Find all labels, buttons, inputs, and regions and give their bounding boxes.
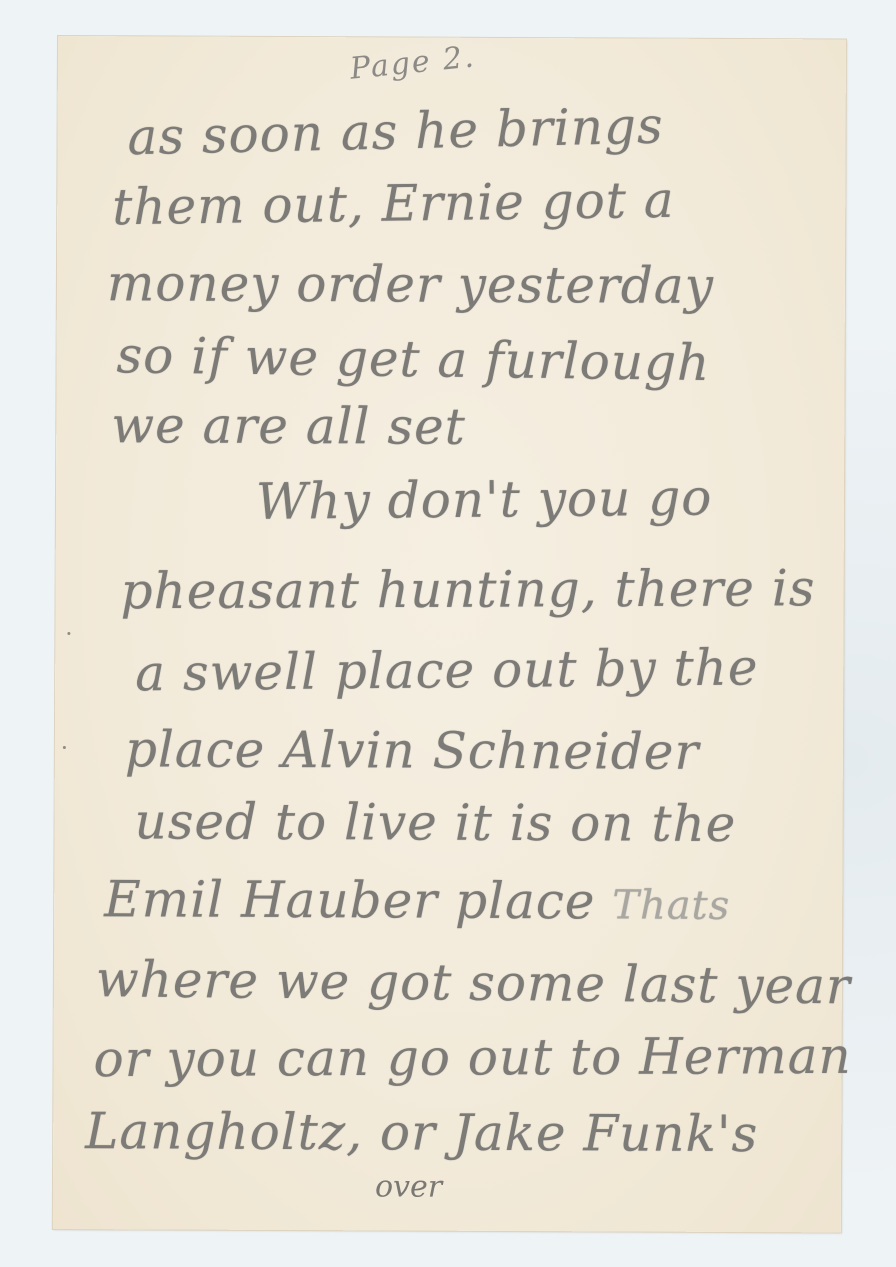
handwritten-line-10: used to live it is on the [134, 792, 736, 853]
handwritten-line-5: we are all set [111, 396, 466, 456]
handwritten-line-6: Why don't you go [256, 468, 713, 530]
handwritten-line-3: money order yesterday [107, 254, 714, 315]
page-number-label: Page 2. [348, 39, 477, 86]
handwritten-line-8: a swell place out by the [135, 638, 759, 702]
handwritten-line-9: place Alvin Schneider [125, 720, 700, 781]
handwritten-line-11: Emil Hauber place Thats [104, 870, 730, 931]
paper-speck [63, 746, 66, 749]
paper-speck [67, 632, 70, 635]
over-note: over [375, 1169, 442, 1204]
handwritten-line-14: Langholtz, or Jake Funk's [85, 1102, 758, 1163]
handwritten-line-13: or you can go out to Herman [93, 1027, 851, 1088]
letter-page: Page 2. as soon as he brings them out, E… [53, 36, 846, 1232]
handwritten-line-11-text: Emil Hauber place [104, 870, 595, 930]
handwritten-line-1: as soon as he brings [127, 97, 664, 167]
faint-inline-word: Thats [612, 882, 730, 929]
handwritten-line-2: them out, Ernie got a [112, 171, 675, 236]
handwritten-line-12: where we got some last year [96, 950, 852, 1015]
handwritten-line-4: so if we get a furlough [116, 326, 710, 392]
handwritten-line-7: pheasant hunting, there is [120, 559, 815, 620]
